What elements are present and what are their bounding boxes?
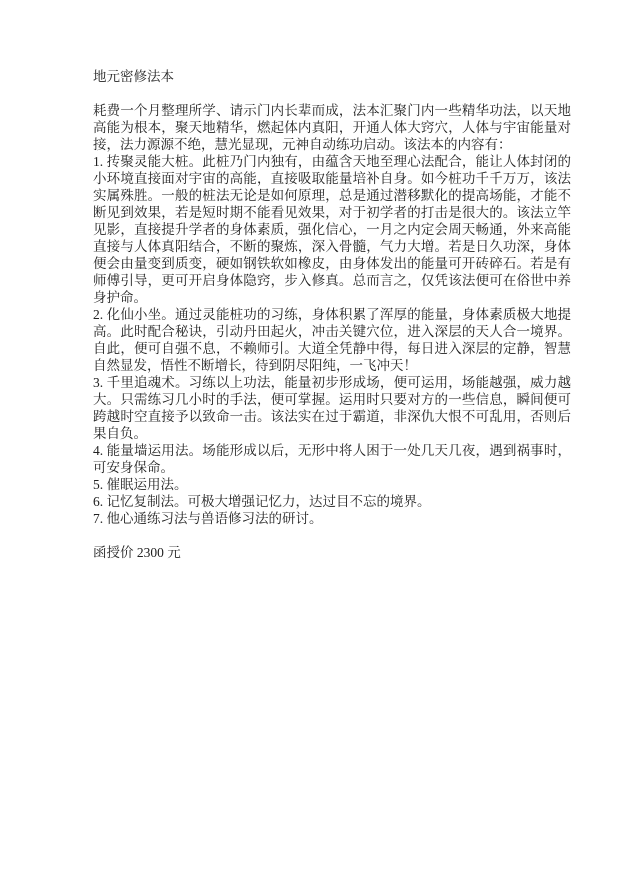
list-item-4: 4. 能量墙运用法。场能形成以后，无形中将人困于一处几天几夜，遇到祸事时，可安身… [93,442,571,476]
list-item-2: 2. 化仙小坐。通过灵能桩功的习练，身体积累了浑厚的能量，身体素质极大地提高。此… [93,306,571,374]
method-list: 1. 抟聚灵能大桩。此桩乃门内独有，由蕴含天地至理心法配合，能让人体封闭的小环境… [93,153,571,527]
list-item-5: 5. 催眠运用法。 [93,476,571,493]
price-line: 函授价 2300 元 [93,544,571,561]
page-title: 地元密修法本 [93,68,571,85]
document-content: 地元密修法本 耗费一个月整理所学、请示门内长辈而成，法本汇聚门内一些精华功法，以… [93,68,571,561]
list-item-1: 1. 抟聚灵能大桩。此桩乃门内独有，由蕴含天地至理心法配合，能让人体封闭的小环境… [93,153,571,306]
document-page: 地元密修法本 耗费一个月整理所学、请示门内长辈而成，法本汇聚门内一些精华功法，以… [0,0,629,873]
list-item-6: 6. 记忆复制法。可极大增强记忆力，达过目不忘的境界。 [93,493,571,510]
intro-paragraph: 耗费一个月整理所学、请示门内长辈而成，法本汇聚门内一些精华功法，以天地高能为根本… [93,102,571,153]
list-item-3: 3. 千里追魂术。习练以上功法，能量初步形成场，便可运用，场能越强，威力越大。只… [93,374,571,442]
list-item-7: 7. 他心通练习法与兽语修习法的研讨。 [93,510,571,527]
